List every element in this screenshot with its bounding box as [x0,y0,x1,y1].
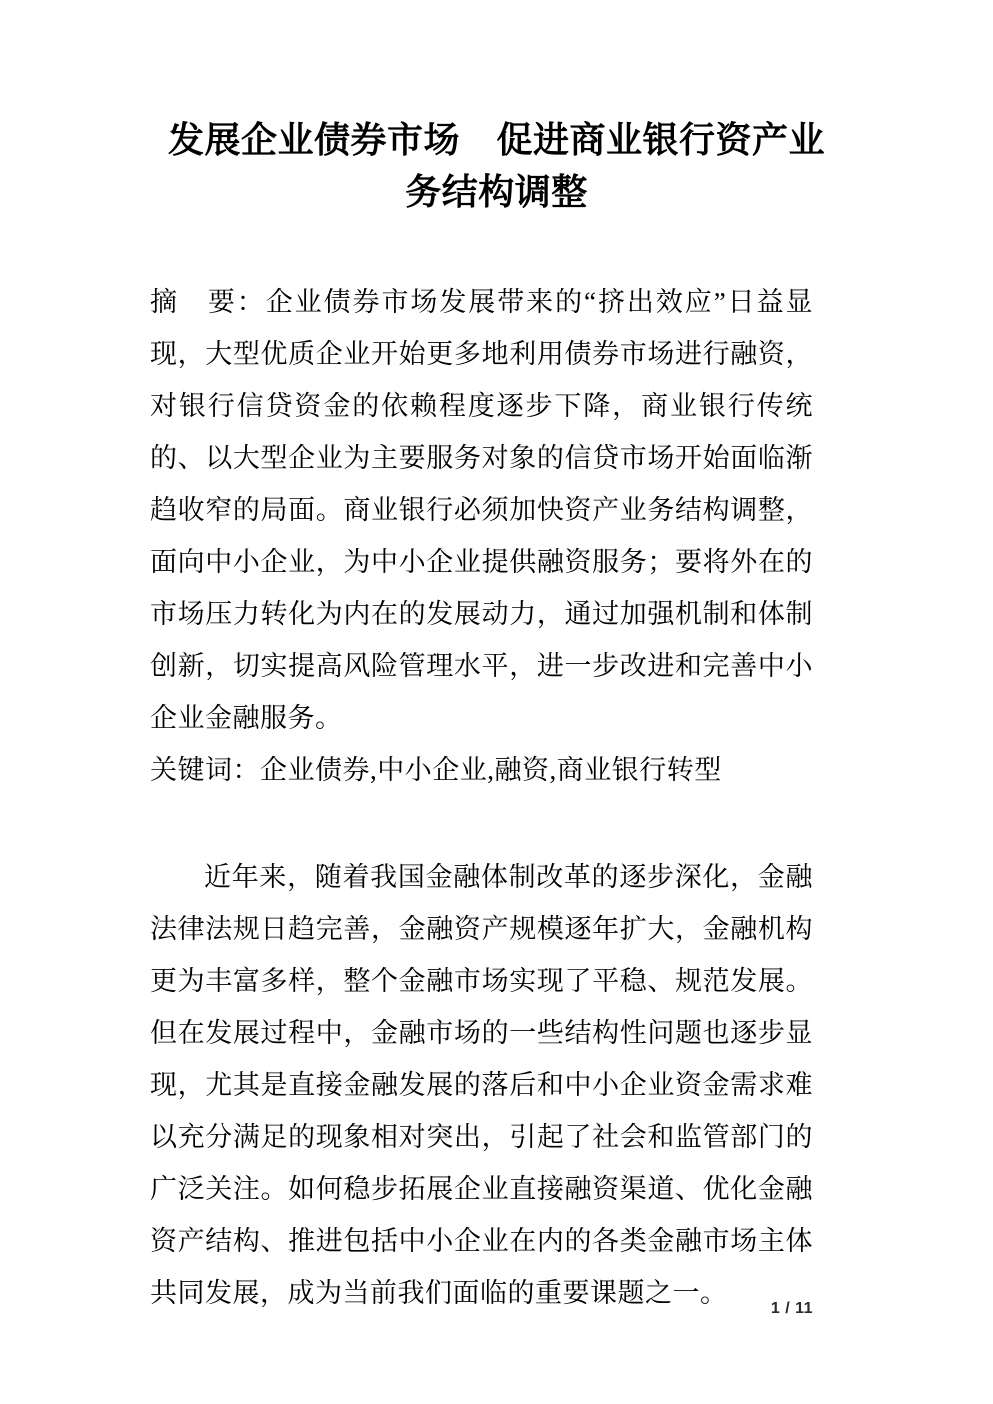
body-paragraph: 近年来，随着我国金融体制改革的逐步深化，金融法律法规日趋完善，金融资产规模逐年扩… [150,851,813,1319]
document-body: 摘 要：企业债券市场发展带来的“挤出效应”日益显现，大型优质企业开始更多地利用债… [150,276,813,1319]
page-footer: 1 / 11 [150,1299,813,1319]
keywords-line: 关键词：企业债券,中小企业,融资,商业银行转型 [150,744,813,796]
document-page: 发展企业债券市场 促进商业银行资产业务结构调整 摘 要：企业债券市场发展带来的“… [0,0,993,1404]
abstract-paragraph: 摘 要：企业债券市场发展带来的“挤出效应”日益显现，大型优质企业开始更多地利用债… [150,276,813,744]
page-number: 1 / 11 [771,1300,813,1317]
document-title: 发展企业债券市场 促进商业银行资产业务结构调整 [167,114,827,218]
